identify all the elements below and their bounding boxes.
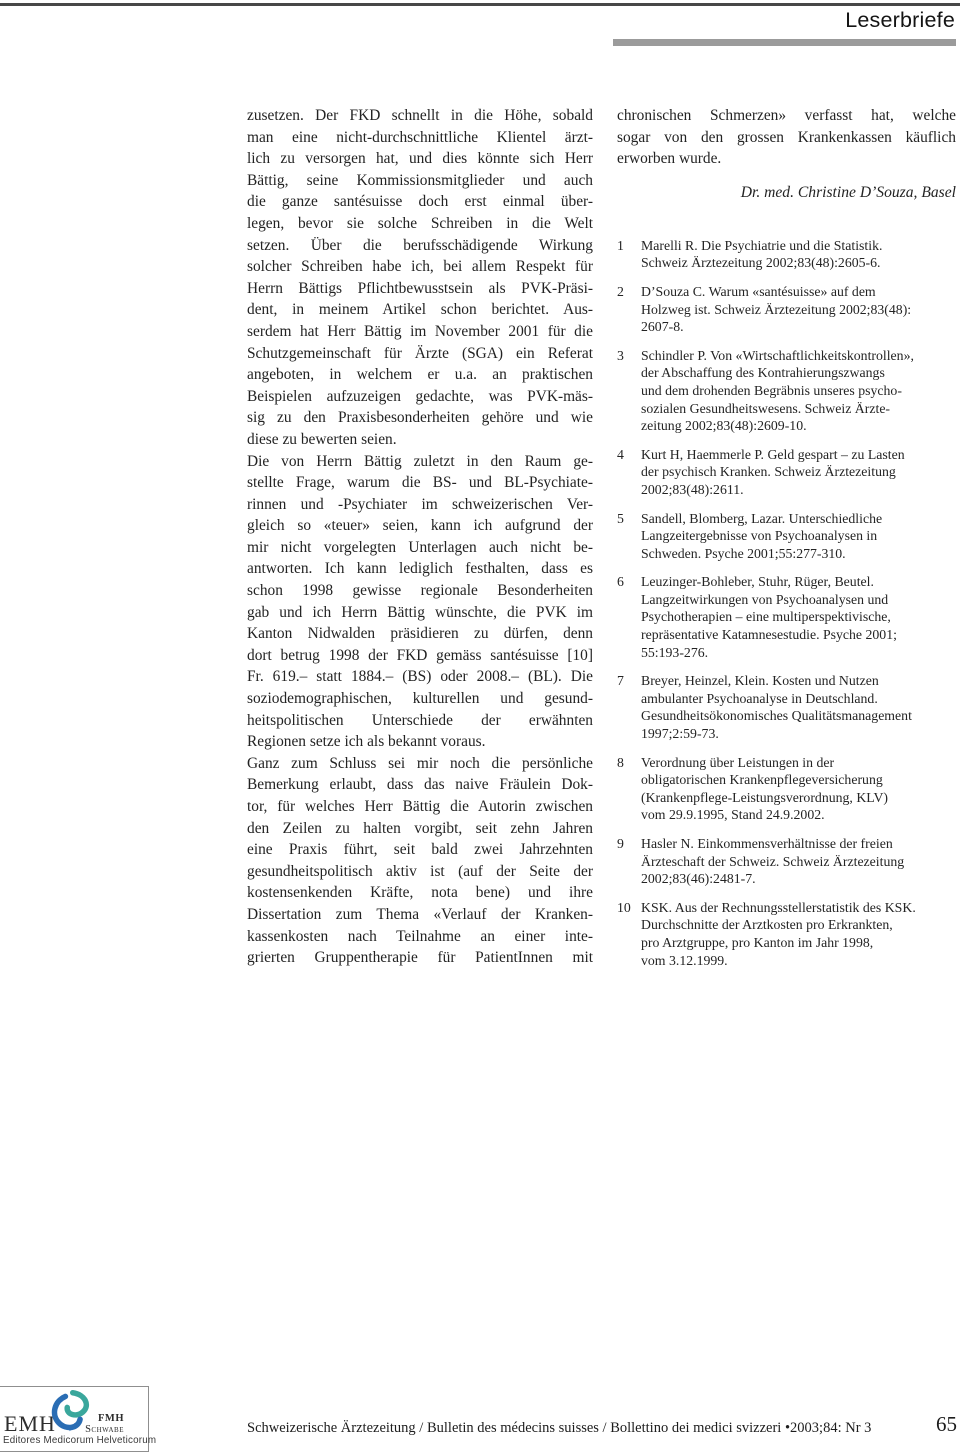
text-line: tor, für welches Herr Bättig die Autorin… (247, 796, 593, 818)
page-number: 65 (936, 1412, 957, 1437)
text-line: serdem hat Herr Bättig im November 2001 … (247, 321, 593, 343)
logo-tagline: Editores Medicorum Helveticorum (3, 1435, 148, 1446)
reference-number: 9 (617, 835, 641, 888)
reference-item: 2D’Souza C. Warum «santésuisse» auf demH… (617, 283, 956, 336)
journal-page: Leserbriefe zusetzen. Der FKD schnellt i… (0, 0, 960, 1452)
text-line: sig zu den Praxisbesonderheiten gehöre u… (247, 407, 593, 429)
reference-number: 3 (617, 347, 641, 435)
schwabe-label: Schwabe (85, 1424, 124, 1435)
reference-number: 5 (617, 510, 641, 563)
emh-logo: EMH FMH Schwabe Editores Medicorum Helve… (0, 1386, 149, 1452)
text-line: Gesundheitsökonomisches Qualitätsmanagem… (641, 707, 956, 725)
text-line: stellte Frage, warum die BS- und BL-Psyc… (247, 472, 593, 494)
references-list: 1Marelli R. Die Psychiatrie und die Stat… (617, 237, 956, 969)
reference-item: 8Verordnung über Leistungen in derobliga… (617, 754, 956, 824)
text-line: 2002;83(48):2611. (641, 481, 956, 499)
reference-item: 3Schindler P. Von «Wirtschaftlichkeitsko… (617, 347, 956, 435)
reference-item: 5Sandell, Blomberg, Lazar. Unterschiedli… (617, 510, 956, 563)
letter-right-column: chronischen Schmerzen» verfasst hat, wel… (617, 105, 956, 980)
reference-number: 2 (617, 283, 641, 336)
text-line: Die von Herrn Bättig zuletzt in den Raum… (247, 451, 593, 473)
reference-text: Leuzinger-Bohleber, Stuhr, Rüger, Beutel… (641, 573, 956, 661)
text-line: der psychisch Kranken. Schweiz Ärztezeit… (641, 463, 956, 481)
reference-item: 1Marelli R. Die Psychiatrie und die Stat… (617, 237, 956, 272)
reference-text: Schindler P. Von «Wirtschaftlichkeitskon… (641, 347, 956, 435)
text-line: schon 1998 gewisse regionale Besonderhei… (247, 580, 593, 602)
text-line: Bemerkung erlaubt, dass das naive Fräule… (247, 774, 593, 796)
letter-paragraph: chronischen Schmerzen» verfasst hat, wel… (617, 105, 956, 170)
text-line: pro Arztgruppe, pro Kanton im Jahr 1998, (641, 934, 956, 952)
text-line: gab und ich Herrn Bättig wünschte, die P… (247, 602, 593, 624)
text-line: chronischen Schmerzen» verfasst hat, wel… (617, 105, 956, 127)
text-line: 2607-8. (641, 318, 956, 336)
text-line: legen, bevor sie solche Schreiben in die… (247, 213, 593, 235)
text-line: grierten Gruppentherapie für PatientInne… (247, 947, 593, 969)
reference-item: 7Breyer, Heinzel, Klein. Kosten und Nutz… (617, 672, 956, 742)
reference-number: 4 (617, 446, 641, 499)
text-line: soziodemographischen, kulturellen und ge… (247, 688, 593, 710)
letter-paragraph: Ganz zum Schluss sei mir noch die persön… (247, 753, 593, 969)
text-line: D’Souza C. Warum «santésuisse» auf dem (641, 283, 956, 301)
text-line: Bättig, seine Kommissionsmitglieder und … (247, 170, 593, 192)
text-line: angeboten, in welchem er u.a. an praktis… (247, 364, 593, 386)
text-line: solcher Schreiben habe ich, bei allem Re… (247, 256, 593, 278)
text-line: Schweden. Psyche 2001;55:277-310. (641, 545, 956, 563)
text-line: 55:193-276. (641, 644, 956, 662)
text-line: heitspolitischen Unterschiede der erwähn… (247, 710, 593, 732)
header-rule (0, 3, 960, 6)
text-line: Leuzinger-Bohleber, Stuhr, Rüger, Beutel… (641, 573, 956, 591)
text-line: Kanton Nidwalden präsidieren zu dürfen, … (247, 623, 593, 645)
text-line: den Zeilen zu halten vorgibt, seit zehn … (247, 818, 593, 840)
fmh-schwabe-label: FMH Schwabe (85, 1414, 124, 1435)
text-line: Langzeitwirkungen von Psychoanalysen und (641, 591, 956, 609)
letter-paragraph: Die von Herrn Bättig zuletzt in den Raum… (247, 451, 593, 753)
reference-text: Verordnung über Leistungen in derobligat… (641, 754, 956, 824)
reference-item: 6Leuzinger-Bohleber, Stuhr, Rüger, Beute… (617, 573, 956, 661)
text-line: Hasler N. Einkommensverhältnisse der fre… (641, 835, 956, 853)
text-line: kostensenkenden Kräfte, nota bene) und i… (247, 882, 593, 904)
journal-title-line: Schweizerische Ärztezeitung / Bulletin d… (247, 1420, 871, 1437)
text-line: rinnen und -Psychiater im schweizerische… (247, 494, 593, 516)
text-line: Breyer, Heinzel, Klein. Kosten und Nutze… (641, 672, 956, 690)
text-line: Verordnung über Leistungen in der (641, 754, 956, 772)
reference-item: 9Hasler N. Einkommensverhältnisse der fr… (617, 835, 956, 888)
letter-left-column: zusetzen. Der FKD schnellt in die Höhe, … (247, 105, 593, 969)
section-divider-bar (613, 39, 956, 46)
reference-text: KSK. Aus der Rechnungsstellerstatistik d… (641, 899, 956, 969)
text-line: Sandell, Blomberg, Lazar. Unterschiedlic… (641, 510, 956, 528)
text-line: die ganze santésuisse doch erst einmal ü… (247, 191, 593, 213)
text-line: dort betrug 1998 der FKD gemäss santésui… (247, 645, 593, 667)
text-line: Ganz zum Schluss sei mir noch die persön… (247, 753, 593, 775)
text-line: Schweiz Ärztezeitung 2002;83(48):2605-6. (641, 254, 956, 272)
fmh-label: FMH (85, 1414, 124, 1424)
text-line: der Abschaffung des Kontrahierungszwangs (641, 364, 956, 382)
text-line: vom 3.12.1999. (641, 952, 956, 970)
text-line: zeitung 2002;83(48):2609-10. (641, 417, 956, 435)
text-line: Dissertation zum Thema «Verlauf der Kran… (247, 904, 593, 926)
text-line: gesundheitspolitisch aktiv ist (auf der … (247, 861, 593, 883)
text-line: Beispielen aufzuzeigen gedachte, was PVK… (247, 386, 593, 408)
reference-number: 8 (617, 754, 641, 824)
text-line: Herrn Bättigs Pflichtbewusstsein als PVK… (247, 278, 593, 300)
letter-signature: Dr. med. Christine D’Souza, Basel (617, 182, 956, 203)
text-line: ambulanter Psychoanalyse in Deutschland. (641, 690, 956, 708)
reference-text: D’Souza C. Warum «santésuisse» auf demHo… (641, 283, 956, 336)
text-line: man eine nicht-durchschnittliche Kliente… (247, 127, 593, 149)
text-line: eine Praxis führt, seit bald zwei Jahrze… (247, 839, 593, 861)
text-line: Kurt H, Haemmerle P. Geld gespart – zu L… (641, 446, 956, 464)
reference-number: 7 (617, 672, 641, 742)
text-line: Holzweg ist. Schweiz Ärztezeitung 2002;8… (641, 301, 956, 319)
text-line: 2002;83(46):2481-7. (641, 870, 956, 888)
text-line: obligatorischen Krankenpflegeversicherun… (641, 771, 956, 789)
reference-text: Breyer, Heinzel, Klein. Kosten und Nutze… (641, 672, 956, 742)
text-line: Regionen setze ich als bekannt voraus. (247, 731, 593, 753)
text-line: erworben wurde. (617, 148, 956, 170)
letter-paragraph: zusetzen. Der FKD schnellt in die Höhe, … (247, 105, 593, 451)
text-line: dent, in meinem Artikel schon berichtet.… (247, 299, 593, 321)
text-line: Fr. 619.– statt 1884.– (BS) oder 2008.– … (247, 666, 593, 688)
text-line: kassenkosten nach Teilnahme an einer int… (247, 926, 593, 948)
text-line: lich zu versorgen hat, und dies könnte s… (247, 148, 593, 170)
text-line: setzen. Über die berufsschädigende Wirku… (247, 235, 593, 257)
text-line: sogar von den grossen Krankenkassen käuf… (617, 127, 956, 149)
text-line: Schindler P. Von «Wirtschaftlichkeitskon… (641, 347, 956, 365)
text-line: 1997;2:59-73. (641, 725, 956, 743)
text-line: Schutzgemeinschaft für Ärzte (SGA) ein R… (247, 343, 593, 365)
text-line: zusetzen. Der FKD schnellt in die Höhe, … (247, 105, 593, 127)
text-line: gleich so «teuer» seien, kann ich aufgru… (247, 515, 593, 537)
letter-right-paragraph: chronischen Schmerzen» verfasst hat, wel… (617, 105, 956, 170)
text-line: Durchschnitte der Arztkosten pro Erkrank… (641, 916, 956, 934)
page-title: Leserbriefe (845, 8, 955, 33)
reference-number: 6 (617, 573, 641, 661)
text-line: repräsentative Katamnesestudie. Psyche 2… (641, 626, 956, 644)
text-line: sozialen Gesundheitswesens. Schweiz Ärzt… (641, 400, 956, 418)
reference-text: Hasler N. Einkommensverhältnisse der fre… (641, 835, 956, 888)
text-line: Langzeitergebnisse von Psychoanalysen in (641, 527, 956, 545)
text-line: Ärzteschaft der Schweiz. Schweiz Ärzteze… (641, 853, 956, 871)
reference-text: Kurt H, Haemmerle P. Geld gespart – zu L… (641, 446, 956, 499)
text-line: diese zu bewerten seien. (247, 429, 593, 451)
reference-number: 10 (617, 899, 641, 969)
reference-item: 10KSK. Aus der Rechnungsstellerstatistik… (617, 899, 956, 969)
text-line: Marelli R. Die Psychiatrie und die Stati… (641, 237, 956, 255)
reference-number: 1 (617, 237, 641, 272)
text-line: antworten. Ich kann lediglich festhalten… (247, 558, 593, 580)
text-line: und dem drohenden Begräbnis unseres psyc… (641, 382, 956, 400)
text-line: mir nicht vorgelegten Unterlagen auch ni… (247, 537, 593, 559)
reference-item: 4Kurt H, Haemmerle P. Geld gespart – zu … (617, 446, 956, 499)
text-line: vom 29.9.1995, Stand 24.9.2002. (641, 806, 956, 824)
reference-text: Sandell, Blomberg, Lazar. Unterschiedlic… (641, 510, 956, 563)
text-line: (Krankenpflege-Leistungsverordnung, KLV) (641, 789, 956, 807)
reference-text: Marelli R. Die Psychiatrie und die Stati… (641, 237, 956, 272)
text-line: KSK. Aus der Rechnungsstellerstatistik d… (641, 899, 956, 917)
text-line: Psychotherapien – eine multiperspektivis… (641, 608, 956, 626)
